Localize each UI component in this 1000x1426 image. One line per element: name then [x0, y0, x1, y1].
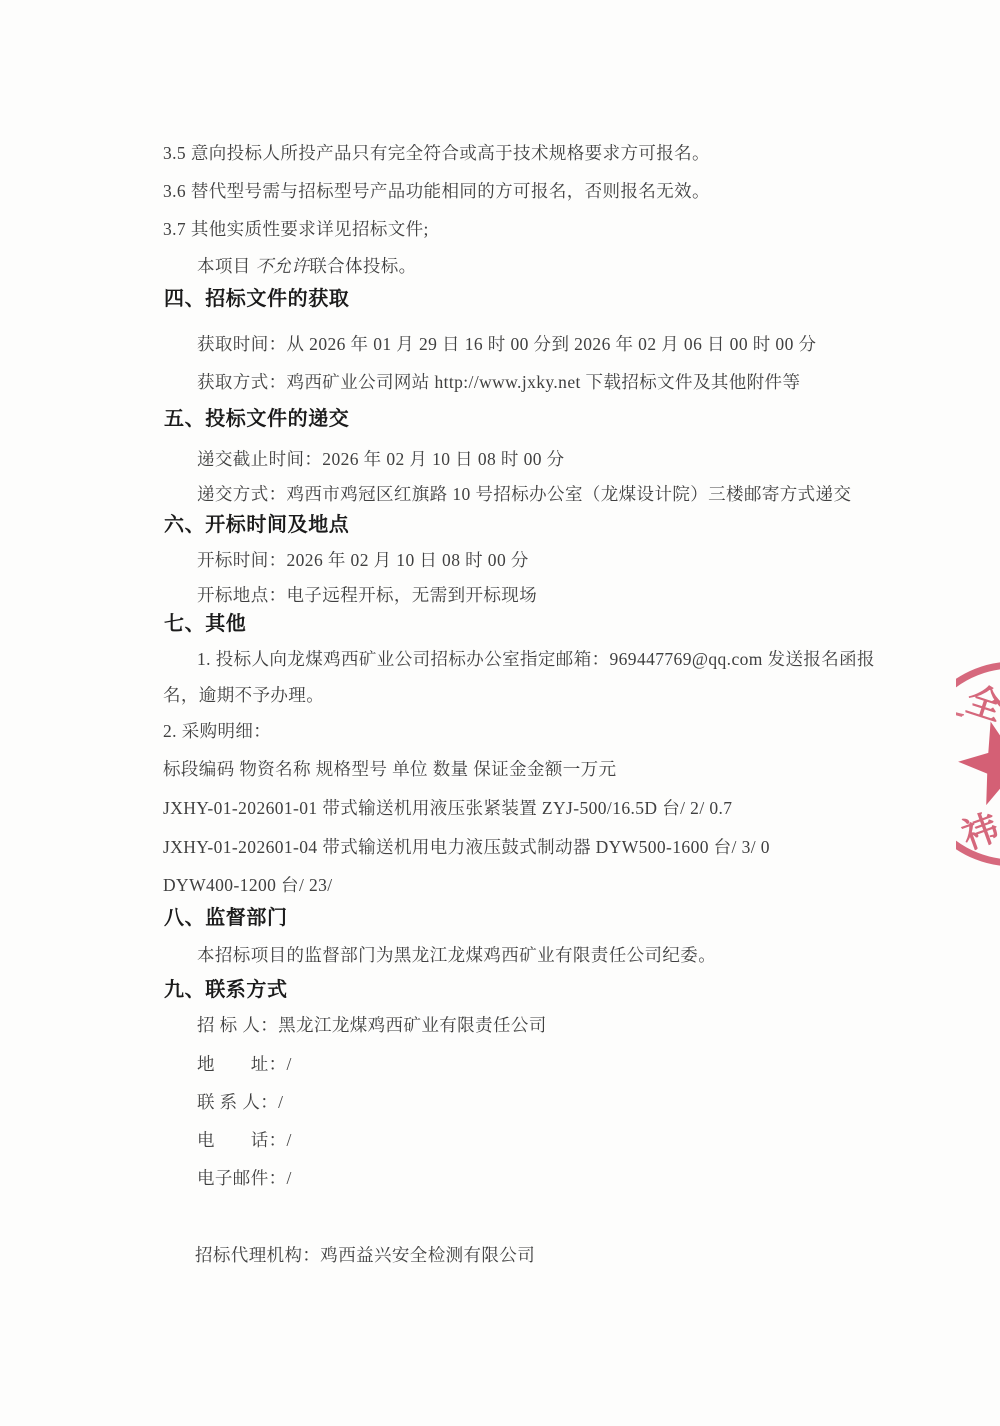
contact-person: 联 系 人：/	[197, 1090, 283, 1114]
section6-open-place: 开标地点：电子远程开标，无需到开标现场	[197, 583, 537, 607]
section7-item1-line2: 名，逾期不予办理。	[163, 683, 324, 707]
section7-title: 七、其他	[164, 611, 246, 637]
section6-open-time: 开标时间：2026 年 02 月 10 日 08 时 00 分	[197, 548, 529, 572]
detail-table-row: DYW400-1200 台/ 23/	[163, 873, 333, 897]
consortium-italic: 不允许	[255, 256, 309, 276]
contact-tenderer: 招 标 人：黑龙江龙煤鸡西矿业有限责任公司	[197, 1013, 547, 1037]
star-icon	[958, 722, 1000, 806]
section4-obtain-time: 获取时间：从 2026 年 01 月 29 日 16 时 00 分到 2026 …	[197, 332, 816, 356]
section8-body: 本招标项目的监督部门为黑龙江龙煤鸡西矿业有限责任公司纪委。	[197, 943, 716, 967]
section5-title: 五、投标文件的递交	[164, 406, 349, 432]
detail-table-row: JXHY-01-202601-04 带式输送机用电力液压鼓式制动器 DYW500…	[163, 835, 770, 859]
company-seal-stamp: 辶 全 祎	[956, 660, 1000, 868]
section8-title: 八、监督部门	[164, 905, 288, 931]
detail-table-row: JXHY-01-202601-01 带式输送机用液压张紧装置 ZYJ-500/1…	[163, 796, 732, 820]
clause-consortium: 本项目 不允许联合体投标。	[197, 254, 417, 278]
detail-table-header: 标段编码 物资名称 规格型号 单位 数量 保证金金额一万元	[163, 757, 616, 781]
section7-item1-line1: 1. 投标人向龙煤鸡西矿业公司招标办公室指定邮箱：969447769@qq.co…	[197, 647, 875, 671]
document-page: 3.5 意向投标人所投产品只有完全符合或高于技术规格要求方可报名。 3.6 替代…	[0, 0, 1000, 1426]
consortium-prefix: 本项目	[197, 256, 255, 276]
section7-item2: 2. 采购明细：	[163, 719, 271, 743]
section5-deadline: 递交截止时间：2026 年 02 月 10 日 08 时 00 分	[197, 447, 565, 471]
contact-email: 电子邮件：/	[197, 1166, 292, 1190]
tender-agency: 招标代理机构：鸡西益兴安全检测有限公司	[195, 1243, 535, 1267]
section4-title: 四、招标文件的获取	[164, 286, 349, 312]
section5-submit-method: 递交方式：鸡西市鸡冠区红旗路 10 号招标办公室（龙煤设计院）三楼邮寄方式递交	[197, 482, 851, 506]
consortium-suffix: 联合体投标。	[309, 256, 416, 276]
clause-3-7: 3.7 其他实质性要求详见招标文件;	[163, 217, 429, 241]
clause-3-6: 3.6 替代型号需与招标型号产品功能相同的方可报名，否则报名无效。	[163, 179, 710, 203]
clause-3-5: 3.5 意向投标人所投产品只有完全符合或高于技术规格要求方可报名。	[163, 141, 710, 165]
seal-char-top: 全	[961, 679, 1000, 728]
contact-address: 地 址：/	[197, 1052, 292, 1076]
section9-title: 九、联系方式	[164, 977, 288, 1003]
section6-title: 六、开标时间及地点	[164, 512, 349, 538]
section4-obtain-method: 获取方式：鸡西矿业公司网站 http://www.jxky.net 下载招标文件…	[197, 370, 800, 394]
contact-phone: 电 话：/	[197, 1128, 292, 1152]
